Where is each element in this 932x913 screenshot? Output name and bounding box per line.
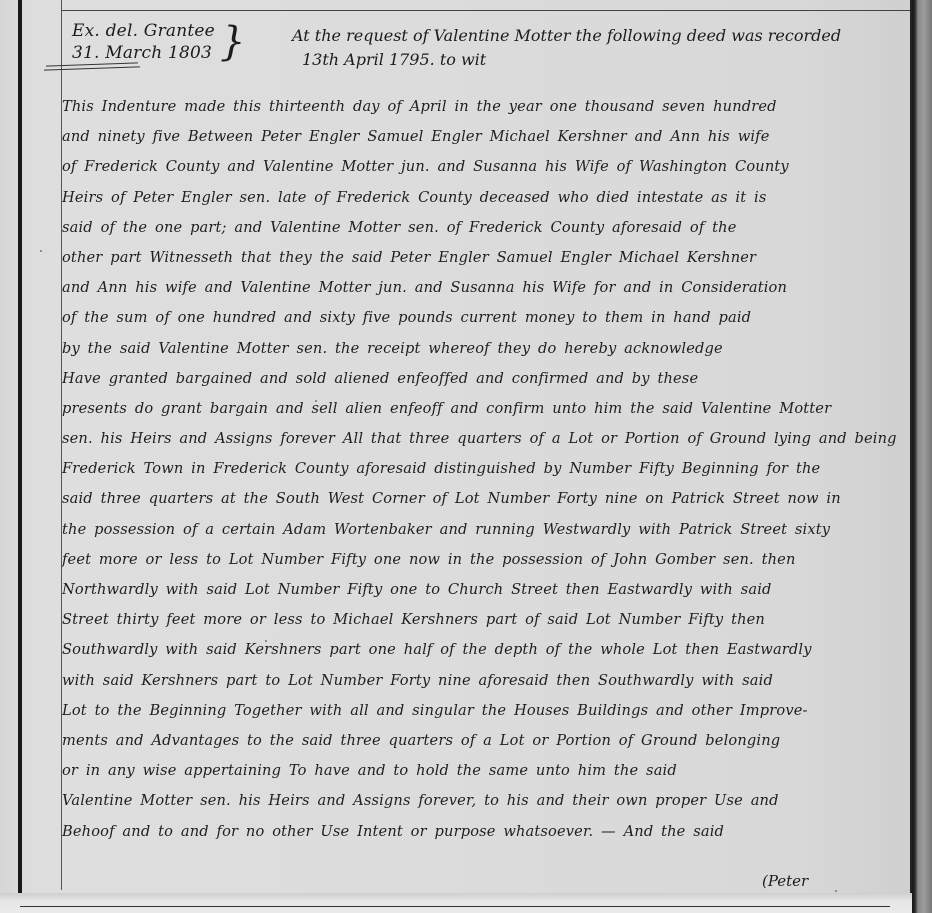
deed-line: Heirs of Peter Engler sen. late of Frede… <box>62 183 902 213</box>
bottom-page-edge <box>0 893 912 913</box>
deed-line: of Frederick County and Valentine Motter… <box>62 152 902 182</box>
record-heading: At the request of Valentine Motter the f… <box>292 24 912 72</box>
deed-line: with said Kershners part to Lot Number F… <box>62 666 902 696</box>
deed-body: This Indenture made this thirteenth day … <box>62 92 902 847</box>
deed-line: Lot to the Beginning Together with all a… <box>62 696 902 726</box>
deed-line: feet more or less to Lot Number Fifty on… <box>62 545 902 575</box>
brace-mark: } <box>220 22 246 62</box>
deed-line: said three quarters at the South West Co… <box>62 484 902 514</box>
deed-line: Street thirty feet more or less to Micha… <box>62 605 902 635</box>
deed-line: Behoof and to and for no other Use Inten… <box>62 817 902 847</box>
deed-line: sen. his Heirs and Assigns forever All t… <box>62 424 902 454</box>
heading-line-2: 13th April 1795. to wit <box>292 48 912 72</box>
deed-line: Have granted bargained and sold aliened … <box>62 364 902 394</box>
deed-line: ments and Advantages to the said three q… <box>62 726 902 756</box>
speck <box>315 400 317 402</box>
page-binding-edge <box>18 0 22 905</box>
bottom-rule <box>20 906 890 907</box>
deed-line: presents do grant bargain and sell alien… <box>62 394 902 424</box>
deed-line: Southwardly with said Kershners part one… <box>62 635 902 665</box>
deed-line: Valentine Motter sen. his Heirs and Assi… <box>62 786 902 816</box>
speck <box>835 890 837 892</box>
deed-line: Northwardly with said Lot Number Fifty o… <box>62 575 902 605</box>
deed-line: This Indenture made this thirteenth day … <box>62 92 902 122</box>
deed-line: Frederick Town in Frederick County afore… <box>62 454 902 484</box>
deed-line: other part Witnesseth that they the said… <box>62 243 902 273</box>
margin-note-line-1: Ex. del. Grantee <box>72 20 215 42</box>
speck <box>40 250 42 252</box>
deed-line: and ninety five Between Peter Engler Sam… <box>62 122 902 152</box>
margin-underline-2 <box>44 66 140 70</box>
deed-line: or in any wise appertaining To have and … <box>62 756 902 786</box>
deed-line: of the sum of one hundred and sixty five… <box>62 303 902 333</box>
top-rule <box>62 10 922 11</box>
margin-note: Ex. del. Grantee 31. March 1803 } <box>72 20 215 64</box>
speck <box>265 640 267 642</box>
deed-line: and Ann his wife and Valentine Motter ju… <box>62 273 902 303</box>
catchword: (Peter <box>762 872 808 890</box>
deed-line: by the said Valentine Motter sen. the re… <box>62 334 902 364</box>
document-scan: Ex. del. Grantee 31. March 1803 } At the… <box>0 0 932 913</box>
deed-line: said of the one part; and Valentine Mott… <box>62 213 902 243</box>
heading-line-1: At the request of Valentine Motter the f… <box>292 26 841 45</box>
margin-note-line-2: 31. March 1803 <box>72 42 215 64</box>
deed-line: the possession of a certain Adam Wortenb… <box>62 515 902 545</box>
right-page-edge <box>912 0 932 913</box>
